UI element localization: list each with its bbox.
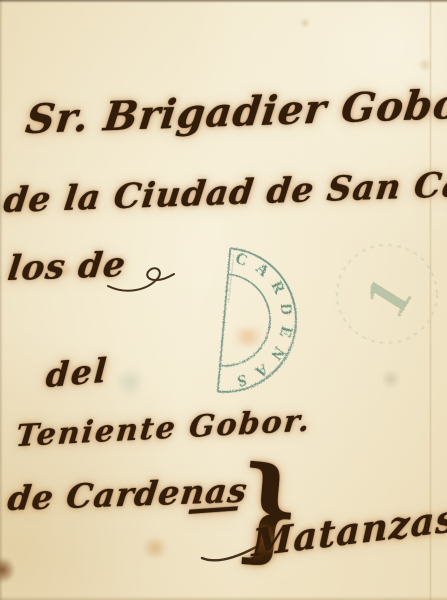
scan-edge-left (0, 0, 3, 600)
postmark-flat-edge (218, 248, 231, 391)
rate-mark-stamp: 1 (330, 240, 444, 354)
sender-line-del: del (45, 350, 110, 395)
address-line-city-cont: los de (6, 245, 129, 289)
dash-stroke: — (185, 486, 244, 530)
letter-cover: CARDENAS 1 Sr. Brigadier Gobor. de la Ci… (0, 0, 447, 600)
pencil-smudge (382, 368, 400, 390)
postmark-town-text: CARDENAS (222, 249, 302, 396)
address-line-city: de la Ciudad de San Car- (2, 164, 447, 221)
cardenas-postmark: CARDENAS (205, 239, 329, 408)
foxing-spot (300, 18, 310, 28)
address-line-recipient: Sr. Brigadier Gobor. (23, 80, 447, 144)
rate-mark-numeral: 1 (351, 266, 425, 328)
scan-edge-bottom (0, 596, 447, 600)
ink-ghost-smudge (116, 366, 144, 398)
foxing-spot (140, 538, 170, 558)
scan-edge-top (0, 0, 447, 3)
paper-crease (429, 0, 432, 600)
